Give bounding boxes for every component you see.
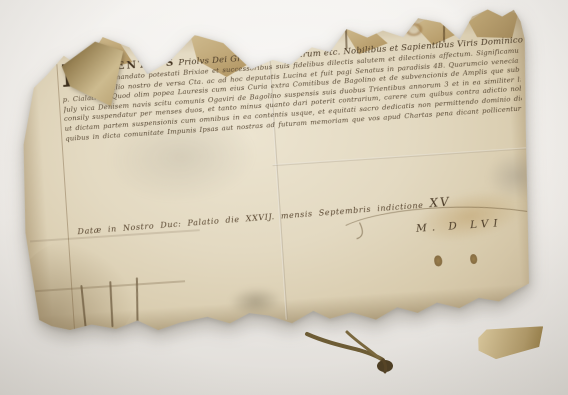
indiction-numeral: XV: [429, 195, 451, 211]
stain: [410, 182, 529, 250]
stain: [485, 150, 550, 202]
bottom-right-fold-flap: [477, 322, 543, 362]
seal-tie-slit: [136, 277, 139, 323]
binding-slit: [248, 35, 250, 61]
horizontal-fold-crease: [272, 147, 526, 166]
dateline-text: Datæ in Nostro Duc: Palatio die XXVIJ. m…: [77, 201, 424, 237]
year-numeral: M. D LVI: [416, 217, 503, 235]
folded-corner-face: [59, 37, 137, 112]
parchment-document: L AVRENTIVS Priolvs Dei Grã Dvx Venetiar…: [8, 0, 543, 345]
photograph-background: L AVRENTIVS Priolvs Dei Grã Dvx Venetiar…: [0, 0, 568, 395]
folded-corner-flap: [59, 37, 137, 112]
ink-blot: [434, 255, 443, 267]
stain: [229, 286, 283, 317]
ink-blot: [470, 254, 478, 264]
seal-tie-cord: [295, 316, 425, 380]
dateline: Datæ in Nostro Duc: Palatio die XXVIJ. m…: [77, 195, 451, 238]
parchment-corner-discoloration: [12, 236, 139, 354]
